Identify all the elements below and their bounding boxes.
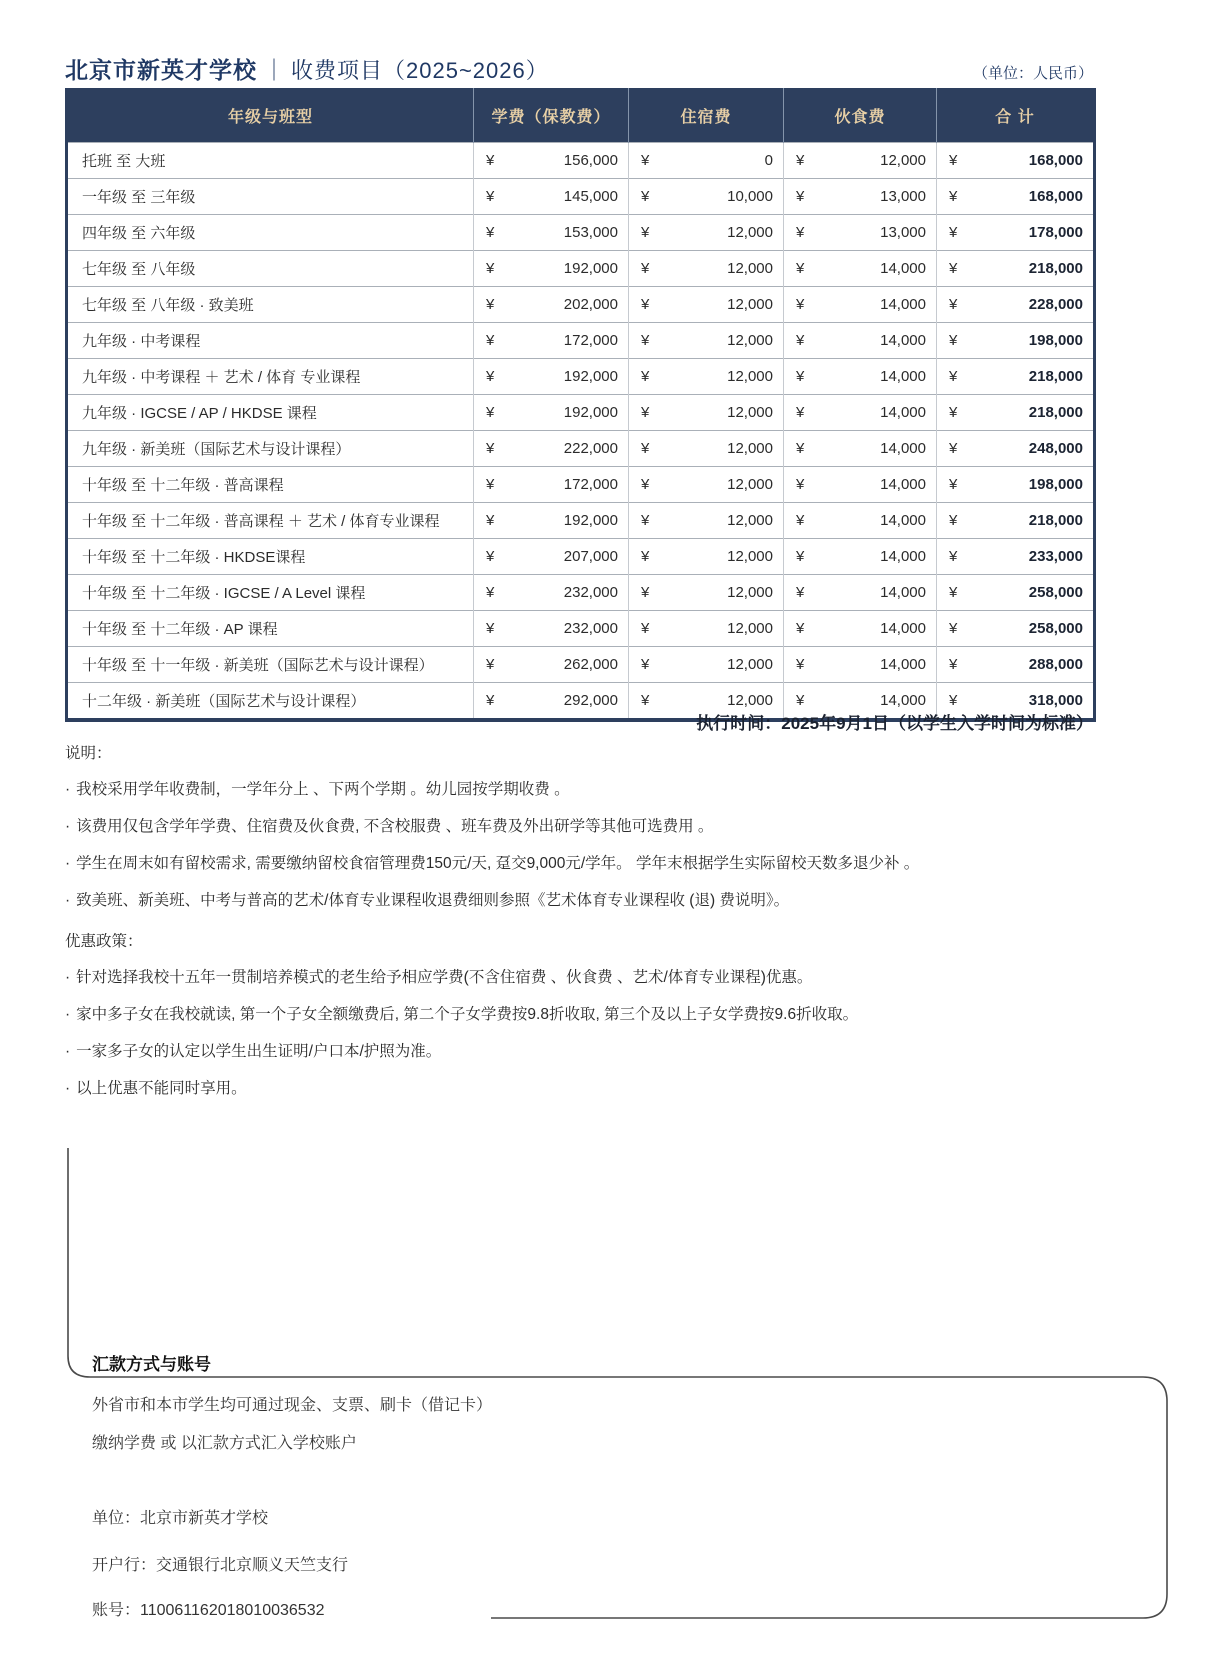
meal-cell: ¥14,000 <box>784 395 937 431</box>
total-cell: ¥198,000 <box>937 467 1095 503</box>
table-header-row: 年级与班型 学费（保教费） 住宿费 伙食费 合 计 <box>67 88 1095 143</box>
yen-symbol: ¥ <box>486 224 494 241</box>
meal-cell: ¥14,000 <box>784 431 937 467</box>
grade-cell: 十年级 至 十二年级 · HKDSE课程 <box>67 539 474 575</box>
boarding-cell: ¥12,000 <box>629 611 784 647</box>
yen-symbol: ¥ <box>796 440 804 457</box>
yen-symbol: ¥ <box>486 620 494 637</box>
yen-symbol: ¥ <box>949 476 957 493</box>
yen-symbol: ¥ <box>486 296 494 313</box>
meal-cell: ¥12,000 <box>784 143 937 179</box>
total-cell: ¥168,000 <box>937 143 1095 179</box>
account-number: 账号：110061162018010036532 <box>92 1597 325 1620</box>
total-cell: ¥228,000 <box>937 287 1095 323</box>
tuition-cell: ¥207,000 <box>474 539 629 575</box>
yen-symbol: ¥ <box>949 260 957 277</box>
total-cell: ¥218,000 <box>937 503 1095 539</box>
yen-symbol: ¥ <box>949 152 957 169</box>
boarding-cell: ¥12,000 <box>629 395 784 431</box>
yen-symbol: ¥ <box>641 296 649 313</box>
yen-symbol: ¥ <box>949 656 957 673</box>
tuition-cell: ¥156,000 <box>474 143 629 179</box>
table-row: 十年级 至 十二年级 · 普高课程 ¥172,000 ¥12,000 ¥14,0… <box>67 467 1095 503</box>
table-row: 十年级 至 十二年级 · 普高课程 ＋ 艺术 / 体育专业课程 ¥192,000… <box>67 503 1095 539</box>
boarding-cell: ¥0 <box>629 143 784 179</box>
yen-symbol: ¥ <box>486 584 494 601</box>
bullet: · <box>65 969 70 986</box>
yen-symbol: ¥ <box>641 620 649 637</box>
currency-unit-note: （单位：人民币） <box>973 62 1093 83</box>
grade-cell: 托班 至 大班 <box>67 143 474 179</box>
yen-symbol: ¥ <box>486 440 494 457</box>
yen-symbol: ¥ <box>796 512 804 529</box>
title-section: 收费项目（2025~2026） <box>291 54 549 85</box>
boarding-cell: ¥12,000 <box>629 467 784 503</box>
total-cell: ¥178,000 <box>937 215 1095 251</box>
yen-symbol: ¥ <box>796 260 804 277</box>
account-name: 单位：北京市新英才学校 <box>92 1505 268 1528</box>
meal-cell: ¥14,000 <box>784 647 937 683</box>
discounts-section: 优惠政策： ·针对选择我校十五年一贯制培养模式的老生给予相应学费(不含住宿费 、… <box>65 929 1145 1116</box>
meal-cell: ¥14,000 <box>784 575 937 611</box>
tuition-cell: ¥153,000 <box>474 215 629 251</box>
boarding-cell: ¥12,000 <box>629 647 784 683</box>
tuition-cell: ¥262,000 <box>474 647 629 683</box>
meal-cell: ¥14,000 <box>784 539 937 575</box>
grade-cell: 九年级 · 新美班（国际艺术与设计课程） <box>67 431 474 467</box>
yen-symbol: ¥ <box>641 512 649 529</box>
tuition-cell: ¥172,000 <box>474 467 629 503</box>
boarding-cell: ¥12,000 <box>629 575 784 611</box>
meal-cell: ¥14,000 <box>784 503 937 539</box>
meal-cell: ¥13,000 <box>784 179 937 215</box>
tuition-cell: ¥192,000 <box>474 251 629 287</box>
yen-symbol: ¥ <box>796 368 804 385</box>
fee-table: 年级与班型 学费（保教费） 住宿费 伙食费 合 计 托班 至 大班 ¥156,0… <box>65 88 1096 722</box>
yen-symbol: ¥ <box>641 656 649 673</box>
boarding-cell: ¥10,000 <box>629 179 784 215</box>
grade-cell: 九年级 · 中考课程 ＋ 艺术 / 体育 专业课程 <box>67 359 474 395</box>
table-row: 十年级 至 十一年级 · 新美班（国际艺术与设计课程） ¥262,000 ¥12… <box>67 647 1095 683</box>
discount-item: ·以上优惠不能同时享用。 <box>65 1079 1145 1099</box>
yen-symbol: ¥ <box>796 152 804 169</box>
meal-cell: ¥14,000 <box>784 359 937 395</box>
yen-symbol: ¥ <box>796 584 804 601</box>
yen-symbol: ¥ <box>796 188 804 205</box>
yen-symbol: ¥ <box>641 440 649 457</box>
note-item: ·学生在周末如有留校需求, 需要缴纳留校食宿管理费150元/天, 趸交9,000… <box>65 854 1145 874</box>
yen-symbol: ¥ <box>486 692 494 709</box>
yen-symbol: ¥ <box>949 188 957 205</box>
total-cell: ¥233,000 <box>937 539 1095 575</box>
tuition-cell: ¥192,000 <box>474 503 629 539</box>
yen-symbol: ¥ <box>796 548 804 565</box>
header-cell-boarding: 住宿费 <box>629 88 784 143</box>
yen-symbol: ¥ <box>641 224 649 241</box>
total-cell: ¥168,000 <box>937 179 1095 215</box>
yen-symbol: ¥ <box>949 620 957 637</box>
yen-symbol: ¥ <box>486 188 494 205</box>
header-cell-meal: 伙食费 <box>784 88 937 143</box>
yen-symbol: ¥ <box>949 296 957 313</box>
total-cell: ¥258,000 <box>937 575 1095 611</box>
yen-symbol: ¥ <box>949 224 957 241</box>
boarding-cell: ¥12,000 <box>629 539 784 575</box>
yen-symbol: ¥ <box>949 332 957 349</box>
table-row: 十年级 至 十二年级 · HKDSE课程 ¥207,000 ¥12,000 ¥1… <box>67 539 1095 575</box>
total-cell: ¥218,000 <box>937 251 1095 287</box>
yen-symbol: ¥ <box>796 656 804 673</box>
yen-symbol: ¥ <box>641 332 649 349</box>
grade-cell: 十年级 至 十二年级 · AP 课程 <box>67 611 474 647</box>
effective-date: 执行时间：2025年9月1日（以学生入学时间为标准） <box>65 709 1093 734</box>
bullet: · <box>65 1080 70 1097</box>
meal-cell: ¥14,000 <box>784 611 937 647</box>
table-row: 七年级 至 八年级 ¥192,000 ¥12,000 ¥14,000 ¥218,… <box>67 251 1095 287</box>
table-row: 九年级 · 新美班（国际艺术与设计课程） ¥222,000 ¥12,000 ¥1… <box>67 431 1095 467</box>
grade-cell: 十年级 至 十二年级 · 普高课程 <box>67 467 474 503</box>
discount-item: ·家中多子女在我校就读, 第一个子女全额缴费后, 第二个子女学费按9.8折收取,… <box>65 1005 1145 1025</box>
grade-cell: 十年级 至 十一年级 · 新美班（国际艺术与设计课程） <box>67 647 474 683</box>
school-name: 北京市新英才学校 <box>65 52 257 85</box>
boarding-cell: ¥12,000 <box>629 359 784 395</box>
yen-symbol: ¥ <box>486 152 494 169</box>
grade-cell: 九年级 · 中考课程 <box>67 323 474 359</box>
boarding-cell: ¥12,000 <box>629 215 784 251</box>
header-cell-grade: 年级与班型 <box>67 88 474 143</box>
grade-cell: 九年级 · IGCSE / AP / HKDSE 课程 <box>67 395 474 431</box>
bullet: · <box>65 781 70 798</box>
tuition-cell: ¥192,000 <box>474 395 629 431</box>
table-row: 九年级 · 中考课程 ¥172,000 ¥12,000 ¥14,000 ¥198… <box>67 323 1095 359</box>
discounts-heading: 优惠政策： <box>65 929 1145 951</box>
yen-symbol: ¥ <box>641 152 649 169</box>
bullet: · <box>65 1043 70 1060</box>
notes-section: 说明： ·我校采用学年收费制，一学年分上 、下两个学期 。幼儿园按学期收费 。 … <box>65 741 1145 928</box>
yen-symbol: ¥ <box>949 548 957 565</box>
header-cell-tuition: 学费（保教费） <box>474 88 629 143</box>
table-row: 七年级 至 八年级 · 致美班 ¥202,000 ¥12,000 ¥14,000… <box>67 287 1095 323</box>
yen-symbol: ¥ <box>796 620 804 637</box>
tuition-cell: ¥202,000 <box>474 287 629 323</box>
meal-cell: ¥14,000 <box>784 467 937 503</box>
table-row: 九年级 · IGCSE / AP / HKDSE 课程 ¥192,000 ¥12… <box>67 395 1095 431</box>
meal-cell: ¥14,000 <box>784 323 937 359</box>
tuition-cell: ¥145,000 <box>474 179 629 215</box>
yen-symbol: ¥ <box>641 188 649 205</box>
yen-symbol: ¥ <box>641 476 649 493</box>
yen-symbol: ¥ <box>641 548 649 565</box>
table-row: 一年级 至 三年级 ¥145,000 ¥10,000 ¥13,000 ¥168,… <box>67 179 1095 215</box>
yen-symbol: ¥ <box>641 368 649 385</box>
discount-item: ·一家多子女的认定以学生出生证明/户口本/护照为准。 <box>65 1042 1145 1062</box>
table-row: 四年级 至 六年级 ¥153,000 ¥12,000 ¥13,000 ¥178,… <box>67 215 1095 251</box>
yen-symbol: ¥ <box>641 584 649 601</box>
note-item: ·我校采用学年收费制，一学年分上 、下两个学期 。幼儿园按学期收费 。 <box>65 780 1145 800</box>
yen-symbol: ¥ <box>796 224 804 241</box>
bullet: · <box>65 892 70 909</box>
yen-symbol: ¥ <box>949 692 957 709</box>
meal-cell: ¥14,000 <box>784 251 937 287</box>
total-cell: ¥248,000 <box>937 431 1095 467</box>
grade-cell: 十年级 至 十二年级 · 普高课程 ＋ 艺术 / 体育专业课程 <box>67 503 474 539</box>
meal-cell: ¥14,000 <box>784 287 937 323</box>
table-row: 九年级 · 中考课程 ＋ 艺术 / 体育 专业课程 ¥192,000 ¥12,0… <box>67 359 1095 395</box>
title-separator: ｜ <box>263 54 285 85</box>
yen-symbol: ¥ <box>641 260 649 277</box>
yen-symbol: ¥ <box>796 332 804 349</box>
meal-cell: ¥13,000 <box>784 215 937 251</box>
header-cell-total: 合 计 <box>937 88 1095 143</box>
bullet: · <box>65 818 70 835</box>
total-cell: ¥258,000 <box>937 611 1095 647</box>
notes-heading: 说明： <box>65 741 1145 763</box>
yen-symbol: ¥ <box>949 440 957 457</box>
payment-heading: 汇款方式与账号 <box>92 1350 211 1375</box>
boarding-cell: ¥12,000 <box>629 287 784 323</box>
yen-symbol: ¥ <box>486 332 494 349</box>
grade-cell: 七年级 至 八年级 <box>67 251 474 287</box>
total-cell: ¥198,000 <box>937 323 1095 359</box>
page-title: 北京市新英才学校 ｜ 收费项目（2025~2026） （单位：人民币） <box>65 52 1093 85</box>
yen-symbol: ¥ <box>486 260 494 277</box>
fee-schedule-page: 北京市新英才学校 ｜ 收费项目（2025~2026） （单位：人民币） 年级与班… <box>0 0 1232 1680</box>
yen-symbol: ¥ <box>486 512 494 529</box>
grade-cell: 七年级 至 八年级 · 致美班 <box>67 287 474 323</box>
yen-symbol: ¥ <box>949 404 957 421</box>
yen-symbol: ¥ <box>486 404 494 421</box>
yen-symbol: ¥ <box>949 368 957 385</box>
yen-symbol: ¥ <box>796 692 804 709</box>
boarding-cell: ¥12,000 <box>629 323 784 359</box>
grade-cell: 四年级 至 六年级 <box>67 215 474 251</box>
yen-symbol: ¥ <box>949 584 957 601</box>
boarding-cell: ¥12,000 <box>629 251 784 287</box>
note-item: ·该费用仅包含学年学费、住宿费及伙食费, 不含校服费 、班车费及外出研学等其他可… <box>65 817 1145 837</box>
payment-line: 外省市和本市学生均可通过现金、支票、刷卡（借记卡） <box>92 1392 492 1415</box>
yen-symbol: ¥ <box>486 656 494 673</box>
yen-symbol: ¥ <box>796 296 804 313</box>
total-cell: ¥218,000 <box>937 359 1095 395</box>
total-cell: ¥218,000 <box>937 395 1095 431</box>
payment-line: 缴纳学费 或 以汇款方式汇入学校账户 <box>92 1430 357 1453</box>
bullet: · <box>65 855 70 872</box>
yen-symbol: ¥ <box>796 476 804 493</box>
tuition-cell: ¥172,000 <box>474 323 629 359</box>
grade-cell: 一年级 至 三年级 <box>67 179 474 215</box>
tuition-cell: ¥222,000 <box>474 431 629 467</box>
table-row: 托班 至 大班 ¥156,000 ¥0 ¥12,000 ¥168,000 <box>67 143 1095 179</box>
tuition-cell: ¥232,000 <box>474 575 629 611</box>
yen-symbol: ¥ <box>949 512 957 529</box>
yen-symbol: ¥ <box>486 548 494 565</box>
discount-item: ·针对选择我校十五年一贯制培养模式的老生给予相应学费(不含住宿费 、伙食费 、艺… <box>65 968 1145 988</box>
note-item: ·致美班、新美班、中考与普高的艺术/体育专业课程收退费细则参照《艺术体育专业课程… <box>65 891 1145 911</box>
bullet: · <box>65 1006 70 1023</box>
bank-name: 开户行：交通银行北京顺义天竺支行 <box>92 1552 348 1575</box>
yen-symbol: ¥ <box>641 404 649 421</box>
table-row: 十年级 至 十二年级 · AP 课程 ¥232,000 ¥12,000 ¥14,… <box>67 611 1095 647</box>
yen-symbol: ¥ <box>796 404 804 421</box>
total-cell: ¥288,000 <box>937 647 1095 683</box>
boarding-cell: ¥12,000 <box>629 431 784 467</box>
grade-cell: 十年级 至 十二年级 · IGCSE / A Level 课程 <box>67 575 474 611</box>
tuition-cell: ¥232,000 <box>474 611 629 647</box>
yen-symbol: ¥ <box>641 692 649 709</box>
yen-symbol: ¥ <box>486 368 494 385</box>
boarding-cell: ¥12,000 <box>629 503 784 539</box>
table-row: 十年级 至 十二年级 · IGCSE / A Level 课程 ¥232,000… <box>67 575 1095 611</box>
tuition-cell: ¥192,000 <box>474 359 629 395</box>
yen-symbol: ¥ <box>486 476 494 493</box>
